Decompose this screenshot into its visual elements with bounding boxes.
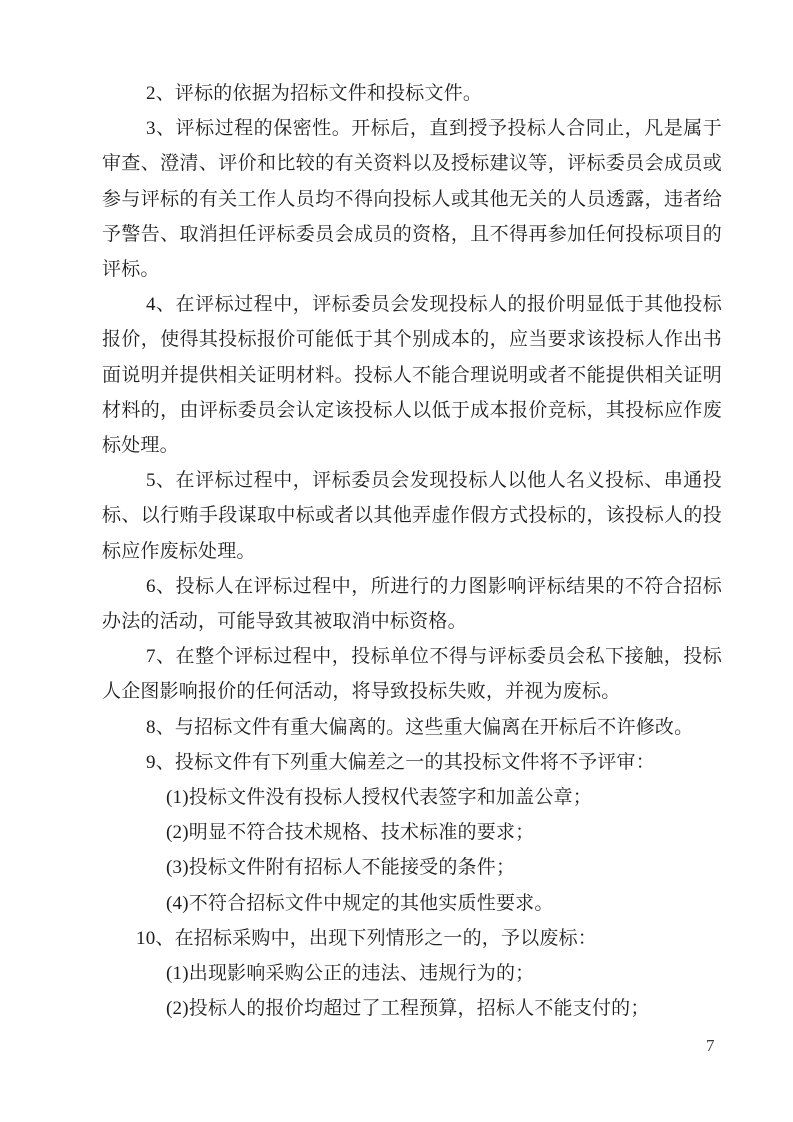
paragraph-clause-10-1: (1)出现影响采购公正的违法、违规行为的； bbox=[102, 956, 722, 991]
paragraph-clause-9: 9、投标文件有下列重大偏差之一的其投标文件将不予评审： bbox=[102, 745, 722, 780]
paragraph-clause-5: 5、在评标过程中，评标委员会发现投标人以他人名义投标、串通投标、以行贿手段谋取中… bbox=[102, 463, 722, 569]
document-page: 2、评标的依据为招标文件和投标文件。 3、评标过程的保密性。开标后，直到授予投标… bbox=[0, 0, 793, 1122]
paragraph-clause-2: 2、评标的依据为招标文件和投标文件。 bbox=[102, 76, 722, 111]
document-body: 2、评标的依据为招标文件和投标文件。 3、评标过程的保密性。开标后，直到授予投标… bbox=[102, 76, 722, 1026]
paragraph-clause-9-4: (4)不符合招标文件中规定的其他实质性要求。 bbox=[102, 886, 722, 921]
paragraph-clause-6: 6、投标人在评标过程中，所进行的力图影响评标结果的不符合招标办法的活动，可能导致… bbox=[102, 569, 722, 639]
paragraph-clause-10: 10、在招标采购中，出现下列情形之一的，予以废标： bbox=[102, 921, 722, 956]
paragraph-clause-9-3: (3)投标文件附有招标人不能接受的条件； bbox=[102, 850, 722, 885]
paragraph-clause-10-2: (2)投标人的报价均超过了工程预算，招标人不能支付的； bbox=[102, 991, 722, 1026]
paragraph-clause-9-1: (1)投标文件没有投标人授权代表签字和加盖公章； bbox=[102, 780, 722, 815]
paragraph-clause-4: 4、在评标过程中，评标委员会发现投标人的报价明显低于其他投标报价，使得其投标报价… bbox=[102, 287, 722, 463]
page-number: 7 bbox=[706, 1036, 715, 1056]
paragraph-clause-3: 3、评标过程的保密性。开标后，直到授予投标人合同止，凡是属于审查、澄清、评价和比… bbox=[102, 111, 722, 287]
paragraph-clause-7: 7、在整个评标过程中，投标单位不得与评标委员会私下接触，投标人企图影响报价的任何… bbox=[102, 639, 722, 709]
paragraph-clause-9-2: (2)明显不符合技术规格、技术标准的要求； bbox=[102, 815, 722, 850]
paragraph-clause-8: 8、与招标文件有重大偏离的。这些重大偏离在开标后不许修改。 bbox=[102, 710, 722, 745]
